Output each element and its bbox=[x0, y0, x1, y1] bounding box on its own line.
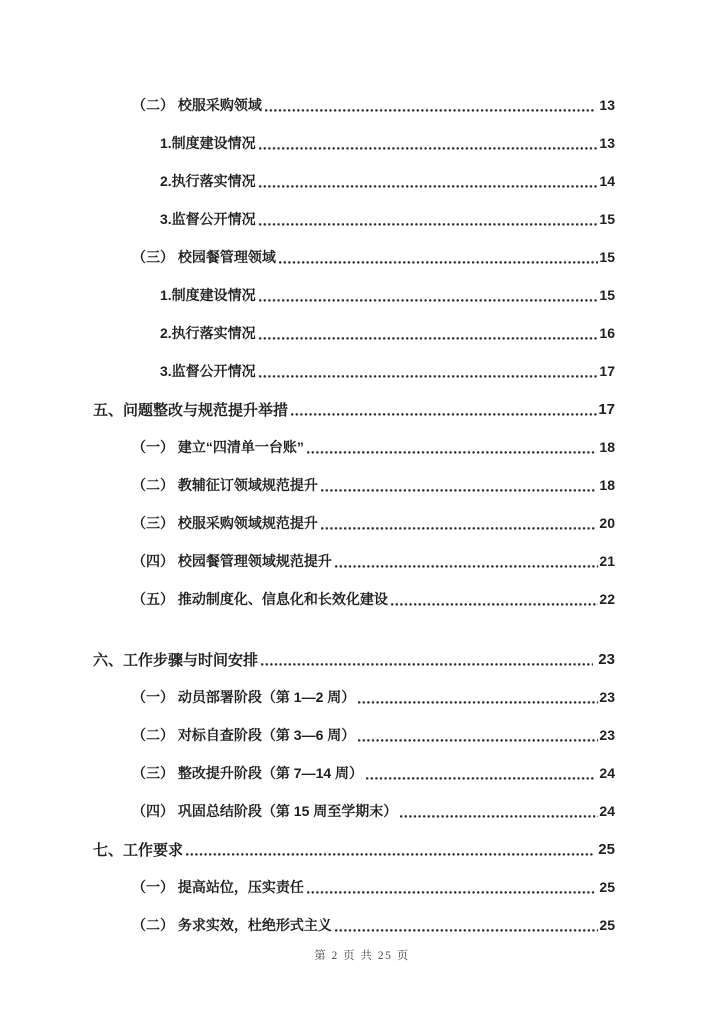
toc-entry-label: （三） 校园餐管理领域 bbox=[132, 247, 276, 267]
toc-entry[interactable]: （一） 建立“四清单一台账” 18 bbox=[93, 428, 615, 466]
toc-entry-label: （三） 整改提升阶段（第 7—14 周） bbox=[132, 763, 363, 783]
toc-entry-label: 1.制度建设情况 bbox=[160, 285, 256, 305]
dot-leader bbox=[307, 451, 595, 454]
toc-entry-label: （二） 教辅征订领域规范提升 bbox=[132, 475, 318, 495]
toc-entry[interactable]: 六、工作步骤与时间安排 23 bbox=[93, 640, 615, 678]
dot-leader bbox=[279, 261, 599, 264]
toc-entry[interactable]: 3.监督公开情况 15 bbox=[93, 200, 615, 238]
toc-entry[interactable]: （一） 提高站位，压实责任 25 bbox=[93, 868, 615, 906]
page-footer: 第 2 页 共 25 页 bbox=[0, 947, 724, 963]
toc-entry[interactable]: 3.监督公开情况 17 bbox=[93, 352, 615, 390]
toc-entry[interactable]: （四） 巩固总结阶段（第 15 周至学期末） 24 bbox=[93, 792, 615, 830]
toc-entry[interactable]: （二） 务求实效，杜绝形式主义 25 bbox=[93, 906, 615, 944]
toc-entry-page: 16 bbox=[599, 325, 615, 341]
toc-entry-label: 七、工作要求 bbox=[93, 839, 183, 860]
toc-entry[interactable]: （三） 校服采购领域规范提升 20 bbox=[93, 504, 615, 542]
toc-entry[interactable]: （一） 动员部署阶段（第 1—2 周） 23 bbox=[93, 678, 615, 716]
toc-entry-page: 13 bbox=[596, 97, 615, 113]
toc-entry[interactable]: 2.执行落实情况 14 bbox=[93, 162, 615, 200]
toc-entry-label: （一） 动员部署阶段（第 1—2 周） bbox=[132, 687, 355, 707]
toc-entry[interactable]: （五） 推动制度化、信息化和长效化建设 22 bbox=[93, 580, 615, 618]
toc-entry-page: 25 bbox=[599, 917, 615, 933]
toc-entry-label: 2.执行落实情况 bbox=[160, 323, 256, 343]
dot-leader bbox=[358, 739, 598, 742]
dot-leader bbox=[335, 929, 599, 932]
toc-entry-label: （五） 推动制度化、信息化和长效化建设 bbox=[132, 589, 388, 609]
dot-leader bbox=[400, 815, 598, 818]
dot-leader bbox=[259, 185, 599, 188]
dot-leader bbox=[259, 147, 599, 150]
page-number-text: 第 2 页 共 25 页 bbox=[314, 950, 410, 962]
toc-entry[interactable]: 1.制度建设情况 13 bbox=[93, 124, 615, 162]
toc-entry-page: 24 bbox=[599, 803, 615, 819]
toc-entry-label: 3.监督公开情况 bbox=[160, 209, 256, 229]
dot-leader bbox=[259, 337, 599, 340]
toc-entry-page: 25 bbox=[594, 841, 615, 858]
toc-entry-page: 13 bbox=[599, 135, 615, 151]
toc-entry-page: 18 bbox=[596, 439, 615, 455]
toc-entry-label: （三） 校服采购领域规范提升 bbox=[132, 513, 318, 533]
dot-leader bbox=[265, 109, 595, 112]
toc-entry-label: 五、问题整改与规范提升举措 bbox=[93, 399, 288, 420]
dot-leader bbox=[307, 891, 595, 894]
toc-entry-page: 18 bbox=[596, 477, 615, 493]
toc-entry[interactable]: （四） 校园餐管理领域规范提升 21 bbox=[93, 542, 615, 580]
toc-entry-label: 六、工作步骤与时间安排 bbox=[93, 649, 258, 670]
dot-leader bbox=[259, 375, 599, 378]
dot-leader bbox=[259, 223, 599, 226]
toc-entry-page: 17 bbox=[599, 363, 615, 379]
dot-leader bbox=[321, 527, 595, 530]
table-of-contents: （二） 校服采购领域 13 1.制度建设情况 13 2.执行落实情况 14 3.… bbox=[93, 86, 615, 944]
toc-entry-label: （二） 对标自查阶段（第 3—6 周） bbox=[132, 725, 355, 745]
toc-entry-page: 23 bbox=[599, 689, 615, 705]
toc-entry[interactable]: （二） 校服采购领域 13 bbox=[93, 86, 615, 124]
toc-entry-page: 15 bbox=[599, 287, 615, 303]
toc-entry[interactable]: 七、工作要求 25 bbox=[93, 830, 615, 868]
toc-entry-page: 15 bbox=[599, 249, 615, 265]
document-page: （二） 校服采购领域 13 1.制度建设情况 13 2.执行落实情况 14 3.… bbox=[0, 0, 724, 1024]
toc-entry-page: 20 bbox=[596, 515, 615, 531]
toc-entry-label: 1.制度建设情况 bbox=[160, 133, 256, 153]
toc-entry-label: （四） 巩固总结阶段（第 15 周至学期末） bbox=[132, 801, 397, 821]
toc-entry[interactable]: 2.执行落实情况 16 bbox=[93, 314, 615, 352]
toc-entry-page: 25 bbox=[596, 879, 615, 895]
dot-leader bbox=[261, 663, 593, 666]
toc-entry[interactable]: （二） 对标自查阶段（第 3—6 周） 23 bbox=[93, 716, 615, 754]
toc-entry[interactable]: （三） 校园餐管理领域 15 bbox=[93, 238, 615, 276]
dot-leader bbox=[335, 565, 599, 568]
toc-entry-page: 22 bbox=[599, 591, 615, 607]
dot-leader bbox=[259, 299, 599, 302]
toc-entry[interactable]: 1.制度建设情况 15 bbox=[93, 276, 615, 314]
toc-entry-page: 23 bbox=[599, 727, 615, 743]
dot-leader bbox=[186, 853, 593, 856]
dot-leader bbox=[321, 489, 595, 492]
dot-leader bbox=[291, 413, 597, 416]
toc-entry-label: （四） 校园餐管理领域规范提升 bbox=[132, 551, 332, 571]
toc-entry-page: 23 bbox=[594, 651, 615, 668]
dot-leader bbox=[358, 701, 598, 704]
toc-entry-label: （一） 建立“四清单一台账” bbox=[132, 437, 304, 457]
toc-entry[interactable]: （三） 整改提升阶段（第 7—14 周） 24 bbox=[93, 754, 615, 792]
toc-entry-page: 14 bbox=[599, 173, 615, 189]
toc-entry-label: （二） 务求实效，杜绝形式主义 bbox=[132, 915, 332, 935]
toc-entry-label: （一） 提高站位，压实责任 bbox=[132, 877, 304, 897]
toc-entry-page: 24 bbox=[596, 765, 615, 781]
toc-entry-label: 2.执行落实情况 bbox=[160, 171, 256, 191]
toc-entry-page: 21 bbox=[599, 553, 615, 569]
toc-entry-label: 3.监督公开情况 bbox=[160, 361, 256, 381]
dot-leader bbox=[366, 777, 595, 780]
dot-leader bbox=[391, 603, 599, 606]
toc-entry-page: 17 bbox=[598, 401, 615, 418]
toc-entry-label: （二） 校服采购领域 bbox=[132, 95, 262, 115]
toc-entry-page: 15 bbox=[599, 211, 615, 227]
toc-entry[interactable]: （二） 教辅征订领域规范提升 18 bbox=[93, 466, 615, 504]
toc-entry[interactable]: 五、问题整改与规范提升举措 17 bbox=[93, 390, 615, 428]
